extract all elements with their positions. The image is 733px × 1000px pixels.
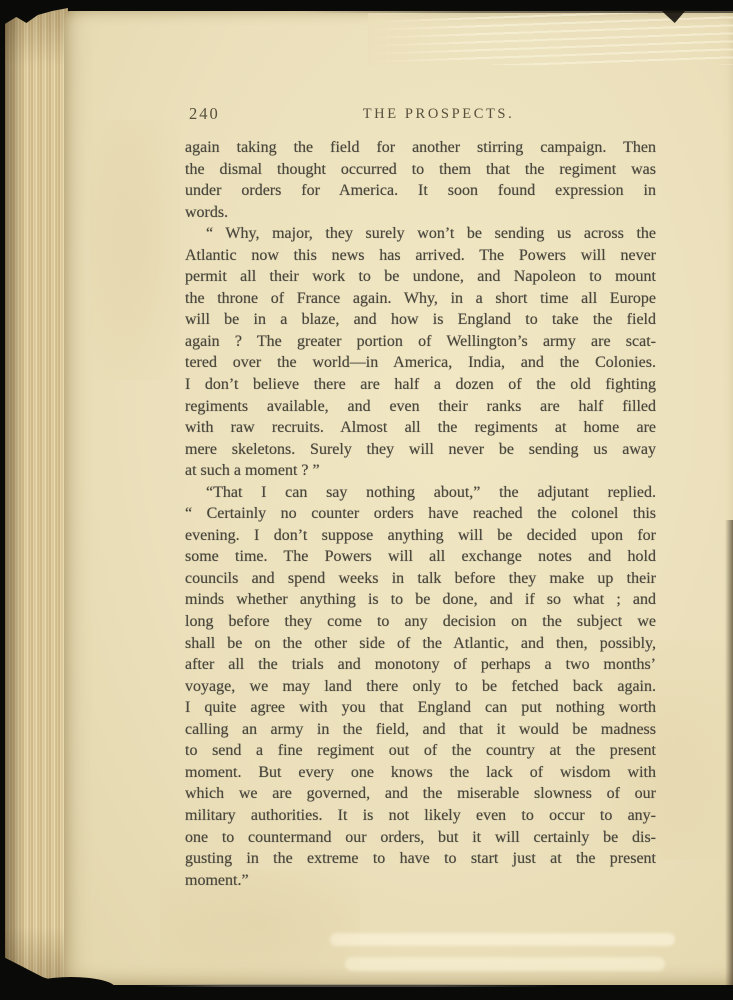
text-line: tered over the world—in America, India, …: [185, 354, 656, 376]
text-line: gusting in the extreme to have to start …: [185, 850, 656, 872]
text-line: voyage, we may land there only to be fet…: [185, 678, 656, 700]
page-edge-shadow: [725, 520, 733, 985]
bottom-press-mark: [330, 933, 675, 946]
text-line: again taking the field for another stirr…: [185, 139, 656, 161]
text-line: “ Certainly no counter orders have reach…: [185, 505, 656, 527]
text-line: words.: [185, 204, 656, 226]
scan-edge-line: [140, 984, 560, 987]
text-line: with raw recruits. Almost all the regime…: [185, 419, 656, 441]
text-line: permit all their work to be undone, and …: [185, 268, 656, 290]
text-line: which we are governed, and the miserable…: [185, 785, 656, 807]
text-line: Atlantic now this news has arrived. The …: [185, 247, 656, 269]
text-line: calling an army in the field, and that i…: [185, 721, 656, 743]
running-head: 240 THE PROSPECTS.: [185, 104, 656, 126]
text-line: long before they come to any decision on…: [185, 613, 656, 635]
text-line: mere skeletons. Surely they will never b…: [185, 441, 656, 463]
text-line: one to countermand our orders, but it wi…: [185, 829, 656, 851]
text-line: regiments available, and even their rank…: [185, 398, 656, 420]
text-line: shall be on the other side of the Atlant…: [185, 635, 656, 657]
text-line: councils and spend weeks in talk before …: [185, 570, 656, 592]
text-line: some time. The Powers will all exchange …: [185, 548, 656, 570]
text-line: moment.”: [185, 872, 656, 894]
text-line: military authorities. It is not likely e…: [185, 807, 656, 829]
top-page-edge-streaks: [368, 13, 733, 65]
text-line: I quite agree with you that England can …: [185, 699, 656, 721]
text-line: I don’t believe there are half a dozen o…: [185, 376, 656, 398]
book-page-edges: [5, 8, 68, 985]
body-text: again taking the field for another stirr…: [185, 139, 656, 893]
text-line: the dismal thought occurred to them that…: [185, 161, 656, 183]
text-line: to send a fine regiment out of the count…: [185, 742, 656, 764]
text-line: at such a moment ? ”: [185, 462, 656, 484]
text-line: under orders for America. It soon found …: [185, 182, 656, 204]
text-line: the throne of France again. Why, in a sh…: [185, 290, 656, 312]
text-line: will be in a blaze, and how is England t…: [185, 311, 656, 333]
page-number: 240: [189, 104, 220, 124]
text-line: moment. But every one knows the lack of …: [185, 764, 656, 786]
text-line: again ? The greater portion of Wellingto…: [185, 333, 656, 355]
text-line: “ Why, major, they surely won’t be sendi…: [185, 225, 656, 247]
text-line: after all the trials and monotony of per…: [185, 656, 656, 678]
paper-stain: [90, 120, 180, 380]
bottom-press-mark: [345, 957, 665, 971]
running-header-title: THE PROSPECTS.: [363, 106, 515, 123]
text-line: evening. I don’t suppose anything will b…: [185, 527, 656, 549]
text-line: minds whether anything is to be done, an…: [185, 591, 656, 613]
text-line: “That I can say nothing about,” the adju…: [185, 484, 656, 506]
